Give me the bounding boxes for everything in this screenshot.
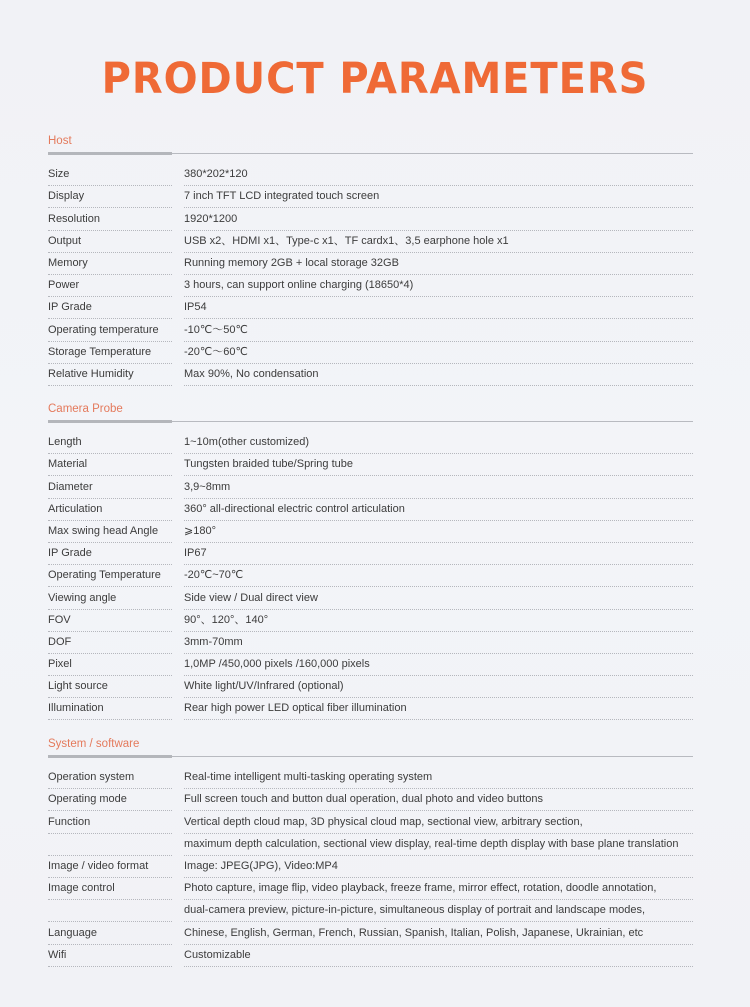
spec-table-system-software: Operation systemReal-time intelligent mu… <box>48 767 693 967</box>
spec-value: ⩾180° <box>184 521 693 543</box>
spec-row: maximum depth calculation, sectional vie… <box>48 834 693 856</box>
spec-value: Tungsten braided tube/Spring tube <box>184 454 693 476</box>
spec-value: -20℃~70℃ <box>184 565 693 587</box>
spec-value: 380*202*120 <box>184 164 693 186</box>
spec-label: Display <box>48 186 172 208</box>
section-header-camera-probe: Camera Probe <box>48 402 693 424</box>
spec-value: 7 inch TFT LCD integrated touch screen <box>184 186 693 208</box>
spec-value: IP67 <box>184 543 693 565</box>
spec-label: Diameter <box>48 476 172 498</box>
spec-value: dual-camera preview, picture-in-picture,… <box>184 900 693 922</box>
spec-row: Length1~10m(other customized) <box>48 432 693 454</box>
spec-row: Operating modeFull screen touch and butt… <box>48 789 693 811</box>
spec-label: Material <box>48 454 172 476</box>
spec-label: Pixel <box>48 654 172 676</box>
spec-value: 3,9~8mm <box>184 476 693 498</box>
spec-label: IP Grade <box>48 297 172 319</box>
spec-label: Articulation <box>48 499 172 521</box>
spec-label: FOV <box>48 610 172 632</box>
spec-row: FunctionVertical depth cloud map, 3D phy… <box>48 811 693 833</box>
spec-table-host: Size380*202*120Display7 inch TFT LCD int… <box>48 164 693 386</box>
spec-value: Running memory 2GB + local storage 32GB <box>184 253 693 275</box>
spec-label: Function <box>48 811 172 833</box>
spec-row: Resolution1920*1200 <box>48 208 693 230</box>
spec-row: DOF3mm-70mm <box>48 632 693 654</box>
spec-label: Viewing angle <box>48 587 172 609</box>
spec-value: Real-time intelligent multi-tasking oper… <box>184 767 693 789</box>
spec-value: IP54 <box>184 297 693 319</box>
spec-label: Illumination <box>48 698 172 720</box>
section-camera-probe: Camera Probe Length1~10m(other customize… <box>48 402 693 720</box>
spec-label: Operating temperature <box>48 319 172 341</box>
spec-label: Operation system <box>48 767 172 789</box>
spec-value: Image: JPEG(JPG), Video:MP4 <box>184 856 693 878</box>
spec-row: Power3 hours, can support online chargin… <box>48 275 693 297</box>
spec-value: USB x2、HDMI x1、Type-c x1、TF cardx1、3,5 e… <box>184 231 693 253</box>
spec-label: Length <box>48 432 172 454</box>
spec-row: FOV90°、120°、140° <box>48 610 693 632</box>
spec-row: MaterialTungsten braided tube/Spring tub… <box>48 454 693 476</box>
spec-label: Max swing head Angle <box>48 521 172 543</box>
spec-value: Vertical depth cloud map, 3D physical cl… <box>184 811 693 833</box>
spec-value: 3mm-70mm <box>184 632 693 654</box>
spec-label: Wifi <box>48 945 172 967</box>
spec-label: DOF <box>48 632 172 654</box>
spec-value: Customizable <box>184 945 693 967</box>
spec-label: Image / video format <box>48 856 172 878</box>
spec-row: WifiCustomizable <box>48 945 693 967</box>
section-title: Camera Probe <box>48 402 693 416</box>
spec-row: IlluminationRear high power LED optical … <box>48 698 693 720</box>
spec-value: Photo capture, image flip, video playbac… <box>184 878 693 900</box>
spec-label: Storage Temperature <box>48 342 172 364</box>
spec-label: Output <box>48 231 172 253</box>
section-title: System / software <box>48 737 693 751</box>
spec-value: 360° all-directional electric control ar… <box>184 499 693 521</box>
spec-row: dual-camera preview, picture-in-picture,… <box>48 900 693 922</box>
spec-value: 1,0MP /450,000 pixels /160,000 pixels <box>184 654 693 676</box>
section-divider-accent <box>48 755 172 758</box>
section-divider-accent <box>48 420 172 423</box>
spec-value: 90°、120°、140° <box>184 610 693 632</box>
spec-label: Operating Temperature <box>48 565 172 587</box>
spec-row: Relative HumidityMax 90%, No condensatio… <box>48 364 693 386</box>
spec-row: IP GradeIP67 <box>48 543 693 565</box>
spec-row: Operating temperature-10℃～50℃ <box>48 319 693 341</box>
page-title: PRODUCT PARAMETERS <box>26 52 724 106</box>
spec-label: Language <box>48 922 172 944</box>
spec-row: LanguageChinese, English, German, French… <box>48 922 693 944</box>
spec-value: 1~10m(other customized) <box>184 432 693 454</box>
spec-value: -10℃～50℃ <box>184 319 693 341</box>
spec-value: Chinese, English, German, French, Russia… <box>184 922 693 944</box>
spec-value: Full screen touch and button dual operat… <box>184 789 693 811</box>
spec-label <box>48 834 172 856</box>
spec-row: Diameter3,9~8mm <box>48 476 693 498</box>
spec-row: Image / video formatImage: JPEG(JPG), Vi… <box>48 856 693 878</box>
spec-row: Storage Temperature-20℃～60℃ <box>48 342 693 364</box>
spec-label: Memory <box>48 253 172 275</box>
spec-label: IP Grade <box>48 543 172 565</box>
spec-row: IP GradeIP54 <box>48 297 693 319</box>
spec-value: Max 90%, No condensation <box>184 364 693 386</box>
spec-row: Display7 inch TFT LCD integrated touch s… <box>48 186 693 208</box>
spec-row: Viewing angleSide view / Dual direct vie… <box>48 587 693 609</box>
spec-row: MemoryRunning memory 2GB + local storage… <box>48 253 693 275</box>
spec-label <box>48 900 172 922</box>
spec-label: Operating mode <box>48 789 172 811</box>
spec-table-camera-probe: Length1~10m(other customized)MaterialTun… <box>48 432 693 720</box>
spec-label: Size <box>48 164 172 186</box>
spec-row: Operation systemReal-time intelligent mu… <box>48 767 693 789</box>
section-header-system-software: System / software <box>48 737 693 759</box>
spec-value: 3 hours, can support online charging (18… <box>184 275 693 297</box>
spec-label: Relative Humidity <box>48 364 172 386</box>
spec-label: Image control <box>48 878 172 900</box>
spec-row: Max swing head Angle⩾180° <box>48 521 693 543</box>
section-header-host: Host <box>48 134 693 156</box>
spec-value: Rear high power LED optical fiber illumi… <box>184 698 693 720</box>
section-system-software: System / software Operation systemReal-t… <box>48 737 693 967</box>
spec-row: Pixel1,0MP /450,000 pixels /160,000 pixe… <box>48 654 693 676</box>
section-host: Host Size380*202*120Display7 inch TFT LC… <box>48 134 693 386</box>
spec-value: -20℃～60℃ <box>184 342 693 364</box>
spec-label: Light source <box>48 676 172 698</box>
section-title: Host <box>48 134 693 148</box>
spec-label: Power <box>48 275 172 297</box>
spec-row: Light sourceWhite light/UV/Infrared (opt… <box>48 676 693 698</box>
section-divider-accent <box>48 152 172 155</box>
spec-value: maximum depth calculation, sectional vie… <box>184 834 693 856</box>
spec-value: Side view / Dual direct view <box>184 587 693 609</box>
spec-label: Resolution <box>48 208 172 230</box>
spec-row: OutputUSB x2、HDMI x1、Type-c x1、TF cardx1… <box>48 231 693 253</box>
spec-row: Image controlPhoto capture, image flip, … <box>48 878 693 900</box>
spec-value: 1920*1200 <box>184 208 693 230</box>
spec-row: Size380*202*120 <box>48 164 693 186</box>
spec-row: Operating Temperature-20℃~70℃ <box>48 565 693 587</box>
spec-row: Articulation360° all-directional electri… <box>48 499 693 521</box>
spec-value: White light/UV/Infrared (optional) <box>184 676 693 698</box>
